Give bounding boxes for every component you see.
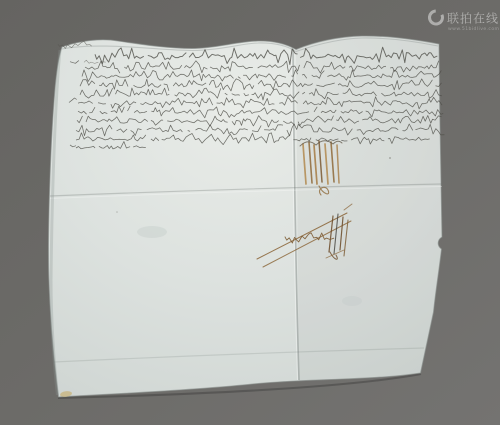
- speck: [389, 157, 391, 159]
- stain: [342, 296, 362, 306]
- photo-canvas: 联拍在线 www.51bidlive.com: [0, 0, 500, 425]
- auction-photo: 联拍在线 www.51bidlive.com: [0, 0, 500, 425]
- parchment-document: [48, 36, 444, 398]
- watermark-text: 联拍在线: [447, 11, 499, 26]
- stain: [137, 226, 167, 238]
- speck: [116, 211, 118, 213]
- watermark-subtext: www.51bidlive.com: [448, 26, 500, 32]
- fold-panel-shade: [296, 36, 442, 381]
